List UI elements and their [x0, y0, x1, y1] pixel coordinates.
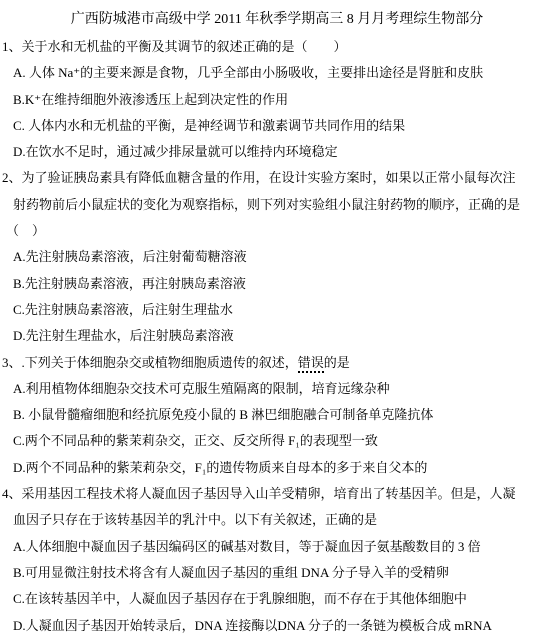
question-3-stem-emphasis: 错误 — [298, 355, 324, 373]
exam-page: 广西防城港市高级中学 2011 年秋季学期高三 8 月月考理综生物部分 1、关于… — [0, 0, 554, 640]
exam-title: 广西防城港市高级中学 2011 年秋季学期高三 8 月月考理综生物部分 — [2, 6, 552, 34]
question-4-option-a: A.人体细胞中凝血因子基因编码区的碱基对数目，等于凝血因子氨基酸数目的 3 倍 — [2, 534, 552, 560]
question-3-option-a: A.利用植物体细胞杂交技术可克服生殖隔离的限制，培育远缘杂种 — [2, 376, 552, 402]
question-2-stem-line-2: 射药物前后小鼠症状的变化为观察指标，则下列对实验组小鼠注射药物的顺序，正确的是 — [2, 192, 552, 218]
question-1-option-b: B.K⁺在维持细胞外液渗透压上起到决定性的作用 — [2, 87, 552, 113]
question-2: 2、为了验证胰岛素具有降低血糖含量的作用，在设计实验方案时，如果以正常小鼠每次注… — [2, 165, 552, 349]
question-3-stem-pre: 3、.下列关于体细胞杂交或植物细胞质遗传的叙述， — [2, 355, 298, 370]
question-2-stem-line-1: 2、为了验证胰岛素具有降低血糖含量的作用，在设计实验方案时，如果以正常小鼠每次注 — [2, 165, 552, 191]
question-4-option-c: C.在该转基因羊中，人凝血因子基因存在于乳腺细胞，而不存在于其他体细胞中 — [2, 586, 552, 612]
question-4-stem-line-2: 血因子只存在于该转基因羊的乳汁中。以下有关叙述，正确的是 — [2, 507, 552, 533]
question-3: 3、.下列关于体细胞杂交或植物细胞质遗传的叙述，错误的是 A.利用植物体细胞杂交… — [2, 350, 552, 481]
question-1-stem: 1、关于水和无机盐的平衡及其调节的叙述正确的是（ ） — [2, 34, 552, 60]
question-3-option-b: B. 小鼠骨髓瘤细胞和经抗原免疫小鼠的 B 淋巴细胞融合可制备单克隆抗体 — [2, 402, 552, 428]
question-3-option-d: D.两个不同品种的紫茉莉杂交，F₁的遗传物质来自母本的多于来自父本的 — [2, 455, 552, 481]
question-1-option-c: C. 人体内水和无机盐的平衡，是神经调节和激素调节共同作用的结果 — [2, 113, 552, 139]
question-1: 1、关于水和无机盐的平衡及其调节的叙述正确的是（ ） A. 人体 Na⁺的主要来… — [2, 34, 552, 165]
question-4-option-b: B.可用显微注射技术将含有人凝血因子基因的重组 DNA 分子导入羊的受精卵 — [2, 560, 552, 586]
question-1-option-a: A. 人体 Na⁺的主要来源是食物，几乎全部由小肠吸收，主要排出途径是肾脏和皮肤 — [2, 60, 552, 86]
question-1-option-d: D.在饮水不足时，通过减少排尿量就可以维持内环境稳定 — [2, 139, 552, 165]
question-2-option-c: C.先注射胰岛素溶液，后注射生理盐水 — [2, 297, 552, 323]
question-3-stem-post: 的是 — [324, 355, 350, 370]
question-4-option-d: D.人凝血因子基因开始转录后，DNA 连接酶以DNA 分子的一条链为模板合成 m… — [2, 613, 552, 639]
question-4: 4、采用基因工程技术将人凝血因子基因导入山羊受精卵，培育出了转基因羊。但是，人凝… — [2, 481, 552, 639]
question-4-stem-line-1: 4、采用基因工程技术将人凝血因子基因导入山羊受精卵，培育出了转基因羊。但是，人凝 — [2, 481, 552, 507]
question-3-option-c: C.两个不同品种的紫茉莉杂交，正交、反交所得 F₁的表现型一致 — [2, 428, 552, 454]
question-2-option-a: A.先注射胰岛素溶液，后注射葡萄糖溶液 — [2, 244, 552, 270]
question-2-stem-line-3: （ ） — [2, 218, 552, 244]
question-3-stem: 3、.下列关于体细胞杂交或植物细胞质遗传的叙述，错误的是 — [2, 350, 552, 376]
question-2-option-d: D.先注射生理盐水，后注射胰岛素溶液 — [2, 323, 552, 349]
question-2-option-b: B.先注射胰岛素溶液，再注射胰岛素溶液 — [2, 271, 552, 297]
